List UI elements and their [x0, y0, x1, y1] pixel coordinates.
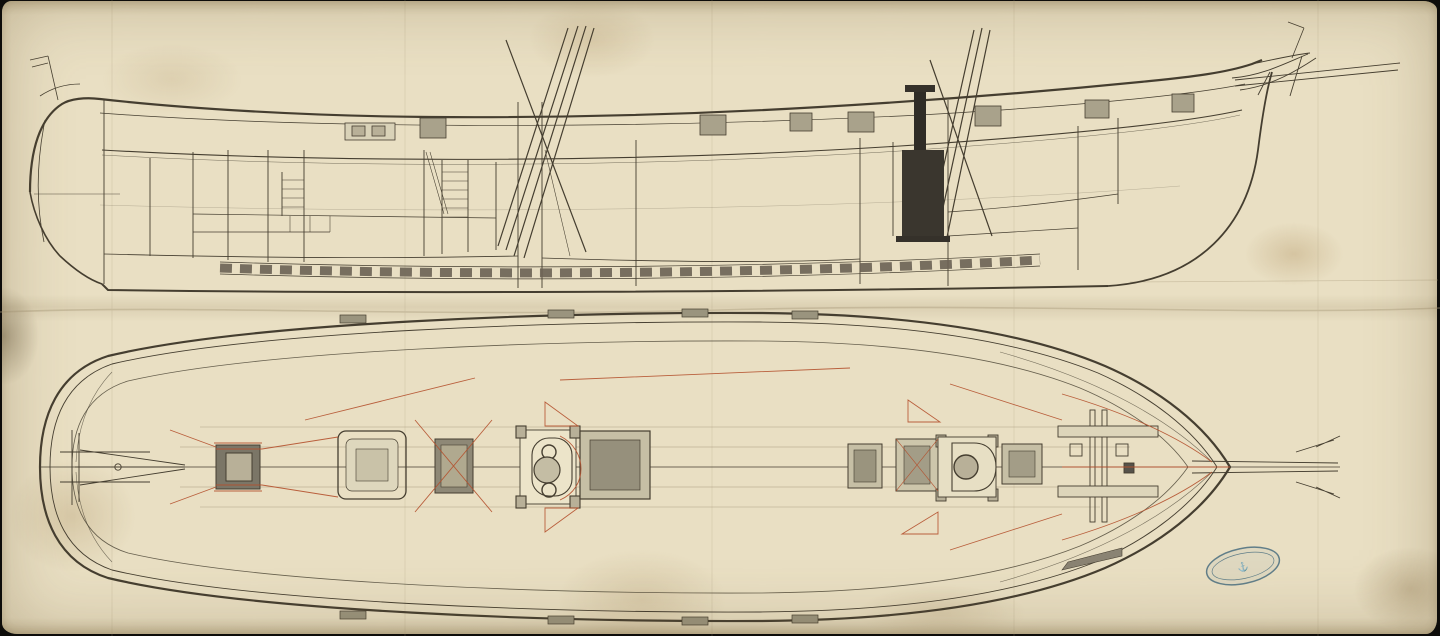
handwritten-labels-layer — [0, 0, 1440, 636]
scanned-ship-plan: ⚓ — [0, 0, 1440, 636]
